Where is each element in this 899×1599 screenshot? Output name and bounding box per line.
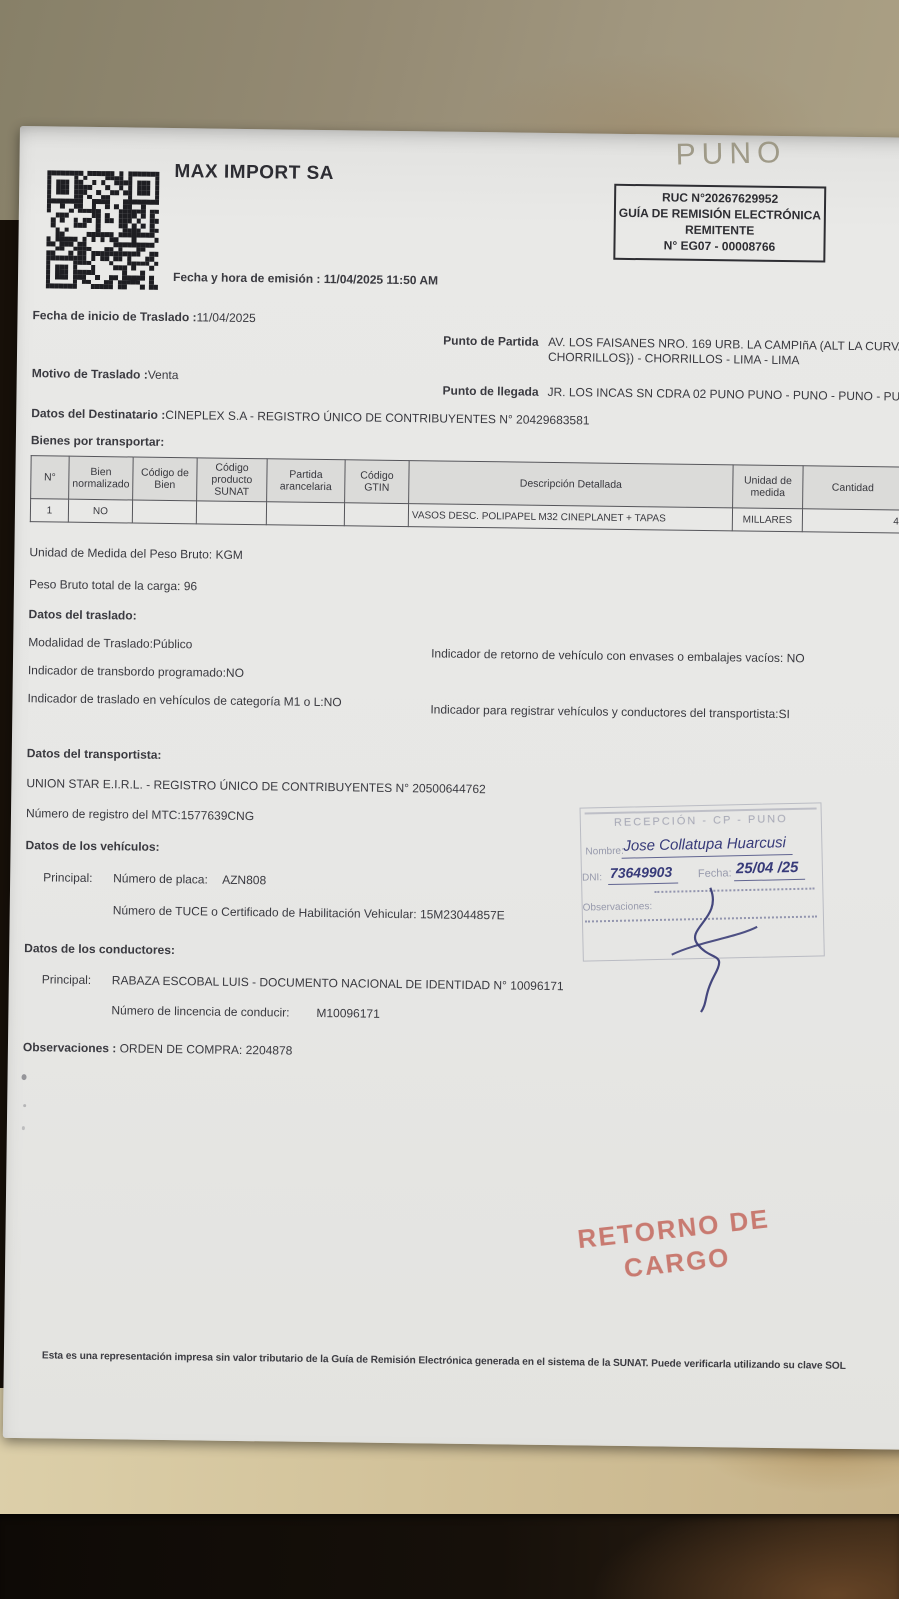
stamp-dni-label: DNI: [582,872,602,885]
qr-code-icon [46,170,160,289]
cell-bien-normalizado: NO [68,499,132,523]
goods-table: N° Bien normalizado Código de Bien Códig… [30,455,899,533]
retorno-envases-line: Indicador de retorno de vehículo con env… [431,646,805,666]
emission-datetime: Fecha y hora de emisión : 11/04/2025 11:… [173,270,438,288]
destinatario-line: Datos del Destinatario :CINEPLEX S.A - R… [31,406,589,428]
transportista-razon: UNION STAR E.I.R.L. - REGISTRO ÚNICO DE … [26,776,486,797]
ink-smudge [23,1104,26,1107]
reception-stamp: RECEPCIÓN - CP - PUNO Nombre: Jose Colla… [580,802,825,961]
traslado-title: Datos del traslado: [29,607,137,623]
modalidad-line: Modalidad de Traslado:Público [28,635,192,652]
cell-descripcion: VASOS DESC. POLIPAPEL M32 CINEPLANET + T… [408,504,732,531]
licencia-value: M10096171 [316,1006,380,1022]
categoria-line: Indicador de traslado en vehículos de ca… [27,691,341,710]
bienes-title: Bienes por transportar: [31,433,165,450]
company-name: MAX IMPORT SA [174,160,334,186]
vehiculo-principal-label: Principal: [43,870,93,886]
footer-disclaimer: Esta es una representación impresa sin v… [42,1350,846,1372]
stamp-header: RECEPCIÓN - CP - PUNO [581,812,821,829]
cell-partida-arancelaria [266,502,344,526]
background-dark-floor [0,1514,899,1599]
registro-transportista-line: Indicador para registrar vehículos y con… [430,702,790,722]
transbordo-line: Indicador de transbordo programado:NO [28,663,244,681]
doc-number: N° EG07 - 00008766 [615,238,823,257]
handwritten-dni: 73649903 [608,864,679,885]
col-numero: N° [31,456,70,499]
handwritten-name: Jose Collatupa Huarcusi [621,834,792,858]
remission-guide-sheet: MAX IMPORT SA PUNO RUC N°20267629952 GUÍ… [3,126,899,1450]
cell-codigo-gtin [344,503,408,527]
col-codigo-bien: Código de Bien [133,457,198,501]
stamp-observaciones-label: Observaciones: [583,901,653,915]
handwritten-fecha: 25/04 /25 [734,859,805,881]
col-codigo-sunat: Código producto SUNAT [197,458,268,502]
placa-label: Número de placa: [113,871,208,887]
peso-unidad: Unidad de Medida del Peso Bruto: KGM [29,545,243,563]
licencia-label: Número de lincencia de conducir: [111,1003,289,1020]
cell-codigo-sunat [196,501,266,525]
cell-numero: 1 [30,499,68,522]
punto-partida-label: Punto de Partida [443,334,539,350]
motivo-line: Motivo de Traslado :Venta [32,366,179,383]
conductor-identidad: RABAZA ESCOBAL LUIS - DOCUMENTO NACIONAL… [112,973,564,994]
col-unidad-medida: Unidad de medida [733,465,804,509]
observaciones-line: Observaciones : ORDEN DE COMPRA: 2204878 [23,1040,293,1059]
col-cantidad: Cantidad [803,466,899,510]
conductor-principal-label: Principal: [42,972,92,988]
cell-unidad-medida: MILLARES [732,508,802,532]
punto-llegada-value: JR. LOS INCAS SN CDRA 02 PUNO PUNO - PUN… [547,385,899,405]
conductores-title: Datos de los conductores: [24,941,175,958]
peso-total: Peso Bruto total de la carga: 96 [29,577,197,594]
col-partida-arancelaria: Partida arancelaria [267,459,346,503]
vehiculos-title: Datos de los vehículos: [25,838,159,855]
stamp-fecha-label: Fecha: [698,867,732,881]
transportista-mtc: Número de registro del MTC:1577639CNG [26,806,254,824]
punto-llegada-label: Punto de llegada [442,384,538,400]
transportista-title: Datos del transportista: [27,746,162,763]
cell-cantidad: 4 [802,509,899,533]
stamp-nombre-label: Nombre: [585,846,624,859]
col-bien-normalizado: Bien normalizado [69,456,134,500]
ink-smudge [22,1074,27,1080]
col-descripcion: Descripción Detallada [409,461,734,508]
cell-codigo-bien [132,500,196,524]
handwritten-city-note: PUNO [675,134,786,174]
handwritten-signature [652,883,765,1015]
retorno-cargo-stamp: RETORNO DE CARGO [562,1201,788,1292]
fecha-inicio-line: Fecha de inicio de Traslado :11/04/2025 [32,308,255,326]
placa-value: AZN808 [222,873,266,889]
punto-partida-value: AV. LOS FAISANES NRO. 169 URB. LA CAMPIñ… [548,335,899,370]
ruc-doc-box: RUC N°20267629952 GUÍA DE REMISIÓN ELECT… [613,184,826,263]
col-codigo-gtin: Código GTIN [345,460,410,504]
document-photo: MAX IMPORT SA PUNO RUC N°20267629952 GUÍ… [0,0,899,1599]
tuce-line: Número de TUCE o Certificado de Habilita… [113,903,505,923]
ink-smudge [22,1126,25,1130]
